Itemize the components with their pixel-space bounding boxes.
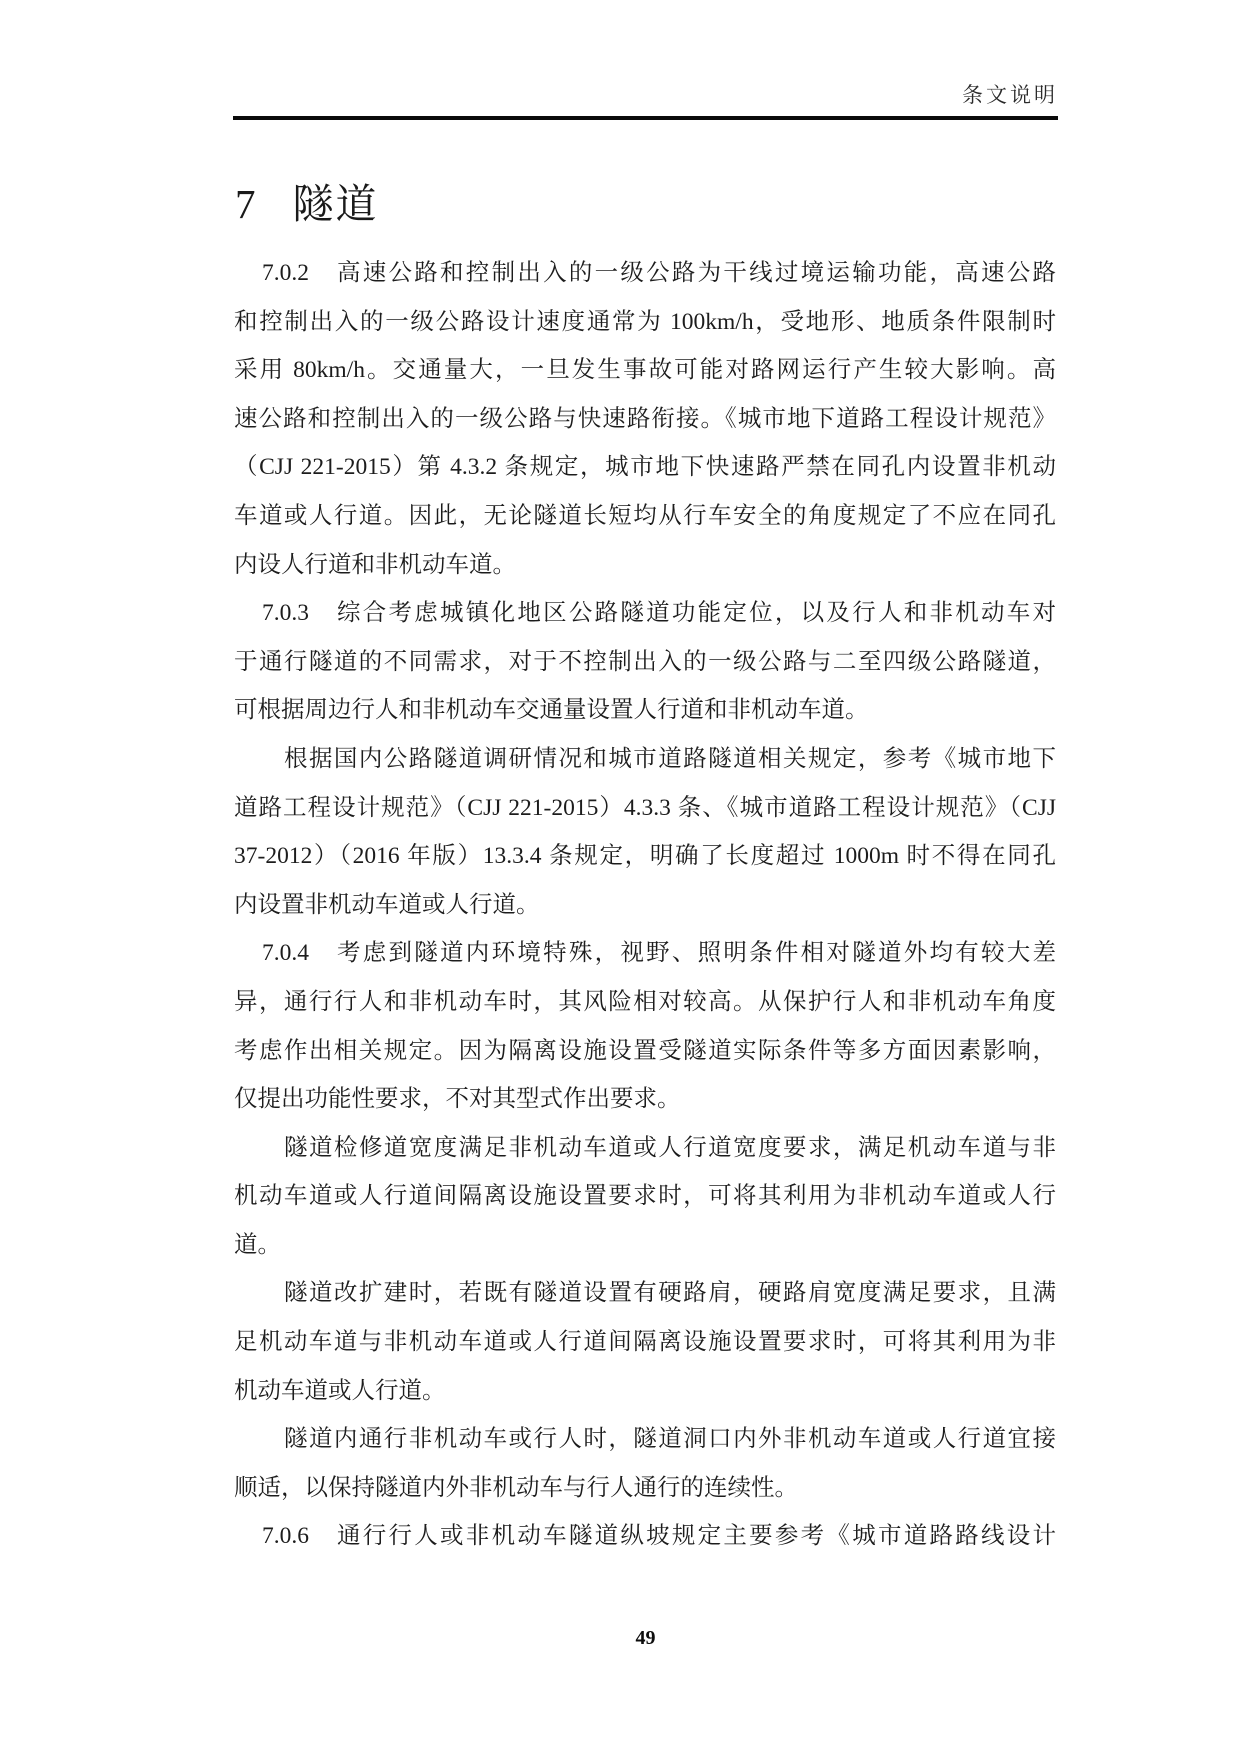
text-line: 隧道改扩建时，若既有隧道设置有硬路肩，硬路肩宽度满足要求，且满 (234, 1269, 1056, 1318)
text-line: 速公路和控制出入的一级公路与快速路衔接。《城市地下道路工程设计规范》 (234, 395, 1056, 444)
text-line: 隧道内通行非机动车或行人时，隧道洞口内外非机动车道或人行道宜接 (234, 1415, 1056, 1464)
text-line: 考虑作出相关规定。因为隔离设施设置受隧道实际条件等多方面因素影响， (234, 1027, 1056, 1076)
text-line: 内设人行道和非机动车道。 (234, 541, 1056, 590)
text-line: 异，通行行人和非机动车时，其风险相对较高。从保护行人和非机动车角度 (234, 978, 1056, 1027)
text-line: 37-2012）（2016 年版）13.3.4 条规定，明确了长度超过 1000… (234, 832, 1056, 881)
text-line: 机动车道或人行道间隔离设施设置要求时，可将其利用为非机动车道或人行 (234, 1172, 1056, 1221)
text-line: 足机动车道与非机动车道或人行道间隔离设施设置要求时，可将其利用为非 (234, 1318, 1056, 1367)
text-line: 机动车道或人行道。 (234, 1367, 1056, 1416)
text-line: 根据国内公路隧道调研情况和城市道路隧道相关规定，参考《城市地下 (234, 735, 1056, 784)
text-line: 于通行隧道的不同需求，对于不控制出入的一级公路与二至四级公路隧道， (234, 638, 1056, 687)
header-rule (233, 116, 1058, 120)
text-line: 7.0.6 通行行人或非机动车隧道纵坡规定主要参考《城市道路路线设计 (234, 1512, 1056, 1561)
text-line: 仅提出功能性要求，不对其型式作出要求。 (234, 1075, 1056, 1124)
text-line: 7.0.2 高速公路和控制出入的一级公路为干线过境运输功能，高速公路 (234, 249, 1056, 298)
page-number: 49 (636, 1627, 656, 1649)
text-line: 可根据周边行人和非机动车交通量设置人行道和非机动车道。 (234, 686, 1056, 735)
text-line: 内设置非机动车道或人行道。 (234, 881, 1056, 930)
text-line: 车道或人行道。因此，无论隧道长短均从行车安全的角度规定了不应在同孔 (234, 492, 1056, 541)
chapter-title: 7 隧道 (235, 180, 379, 228)
text-line: 和控制出入的一级公路设计速度通常为 100km/h，受地形、地质条件限制时 (234, 298, 1056, 347)
page-header: 条文说明 (233, 83, 1058, 107)
text-line: 道路工程设计规范》（CJJ 221-2015）4.3.3 条、《城市道路工程设计… (234, 784, 1056, 833)
body-text: 7.0.2 高速公路和控制出入的一级公路为干线过境运输功能，高速公路和控制出入的… (234, 249, 1056, 1561)
text-line: 道。 (234, 1221, 1056, 1270)
chapter-name: 隧道 (293, 180, 379, 228)
chapter-number: 7 (235, 180, 256, 228)
text-line: 7.0.4 考虑到隧道内环境特殊，视野、照明条件相对隧道外均有较大差 (234, 929, 1056, 978)
text-line: 7.0.3 综合考虑城镇化地区公路隧道功能定位，以及行人和非机动车对 (234, 589, 1056, 638)
text-line: 采用 80km/h。交通量大，一旦发生事故可能对路网运行产生较大影响。高 (234, 346, 1056, 395)
text-line: 隧道检修道宽度满足非机动车道或人行道宽度要求，满足机动车道与非 (234, 1124, 1056, 1173)
text-line: （CJJ 221-2015）第 4.3.2 条规定，城市地下快速路严禁在同孔内设… (234, 443, 1056, 492)
page-footer: 49 (233, 1626, 1058, 1650)
text-line: 顺适，以保持隧道内外非机动车与行人通行的连续性。 (234, 1464, 1056, 1513)
document-page: 条文说明 7 隧道 7.0.2 高速公路和控制出入的一级公路为干线过境运输功能，… (0, 0, 1241, 1754)
header-label: 条文说明 (962, 83, 1058, 107)
